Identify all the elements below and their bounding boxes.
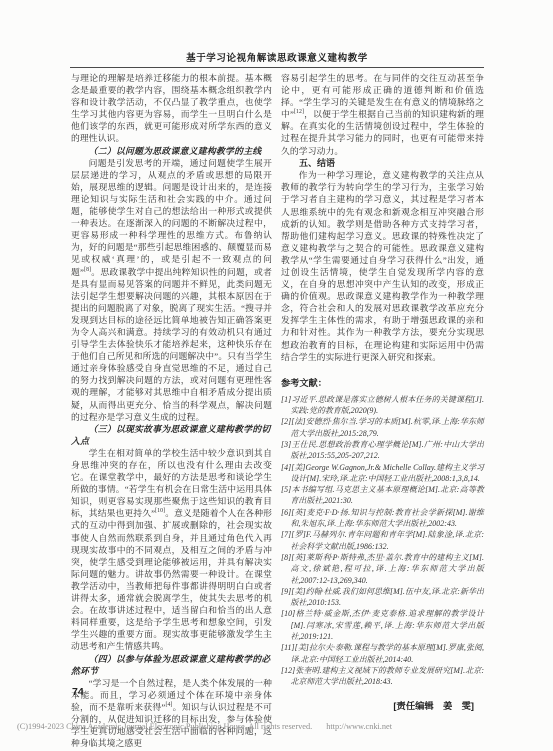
paragraph: 容易引起学生的思考。在与同伴的交往互动甚至争论中，更有可能形成正确的道德判断和价…	[281, 72, 484, 157]
journal-page: 基于学习论视角解读思政课意义建构教学 与理论的理解是培养迁移能力的根本前提。基本…	[0, 0, 553, 751]
reference-item: [12]张奎明.建构主义视域下的教师专业发展研究[M].北京:北京师范大学出版社…	[281, 665, 484, 688]
section-heading-stories: （三）以现实故事为思政课意义建构教学的切入点	[71, 423, 272, 447]
reference-item: [4][美]George W.Gagnon,Jr.& Michelle Coll…	[281, 462, 484, 485]
section-heading-questions: （二）以问题为思政课意义建构教学的主线	[71, 145, 272, 157]
reference-item: [5]本书编写组.马克思主义基本原理概论[M].北京:高等教育出版社,2021:…	[281, 484, 484, 507]
header-divider	[70, 67, 484, 68]
paragraph: 学生在相对简单的学校生活中较少意识到其自身思维冲突的存在，所以也没有什么理由去改…	[71, 447, 272, 653]
section-heading-conclusion: 五、结语	[281, 157, 484, 170]
paragraph: “学习是一个自然过程，是人类个体发展的一种本能。而且，学习必须通过个体在环境中亲…	[71, 677, 272, 750]
right-column: 容易引起学生的思考。在与同伴的交往互动甚至争论中，更有可能形成正确的道德判断和价…	[281, 72, 484, 712]
references-heading: 参考文献：	[281, 375, 484, 389]
editor-credit: [责任编辑 姜 雯]	[281, 698, 484, 712]
left-column: 与理论的理解是培养迁移能力的根本前提。基本概念是最重要的教学内容，围绕基本概念组…	[71, 72, 272, 749]
footer: (C)1994-2023 China Academic Journal Elec…	[17, 722, 547, 731]
reference-item: [11][美]拉尔夫·泰勒.课程与教学的基本原理[M].罗康,张阅,译.北京:中…	[281, 642, 484, 665]
reference-item: [9][美]约翰·杜威.我们如何思维[M].伍中友,译.北京:新华出版社,201…	[281, 586, 484, 609]
paragraph: 作为一种学习理论，意义建构教学的关注点从教师的教学行为转向学生的学习行为，主张学…	[281, 169, 484, 363]
reference-item: [2][法]安德烈·焦尔当.学习的本质[M].杭零,译.上海:华东师范大学出版社…	[281, 416, 484, 439]
reference-item: [7][罗]F.马赫列尔.青年问题和青年学[M].陆象淦,译.北京:社会科学文献…	[281, 529, 484, 552]
reference-item: [3]王仕民.思想政治教育心理学概论[M].广州:中山大学出版社,2015:55…	[281, 439, 484, 462]
running-head-title: 基于学习论视角解读思政课意义建构教学	[71, 50, 483, 64]
footer-copyright: (C)1994-2023 China Academic Journal Elec…	[17, 722, 312, 731]
section-heading-experience: （四）以参与体验为思政课意义建构教学的必然环节	[71, 653, 272, 677]
paragraph: 问题是引发思考的开端，通过问题使学生展开层层递进的学习，从观点的矛盾或思想的局限…	[71, 157, 272, 423]
paragraph: 与理论的理解是培养迁移能力的根本前提。基本概念是最重要的教学内容，围绕基本概念组…	[71, 72, 272, 145]
reference-item: [10]格兰特·威金斯,杰伊·麦克泰格.追求理解的教学设计[M].闫寒冰,宋雪莲…	[281, 608, 484, 642]
reference-item: [1]习近平.思政课是落实立德树人根本任务的关键课程[J].实践:党的教育版,2…	[281, 394, 484, 417]
footer-url: http://www.cnki.net	[326, 722, 392, 731]
reference-item: [8][英]莱斯利·P·斯特弗,杰里·盖尔.教育中的建构主义[M].高文,徐斌艳…	[281, 552, 484, 586]
page-number: 74	[72, 686, 84, 698]
reference-item: [6][英]麦克·F·D·扬.知识与控制:教育社会学新探[M].谢维和,朱旭东,…	[281, 507, 484, 530]
